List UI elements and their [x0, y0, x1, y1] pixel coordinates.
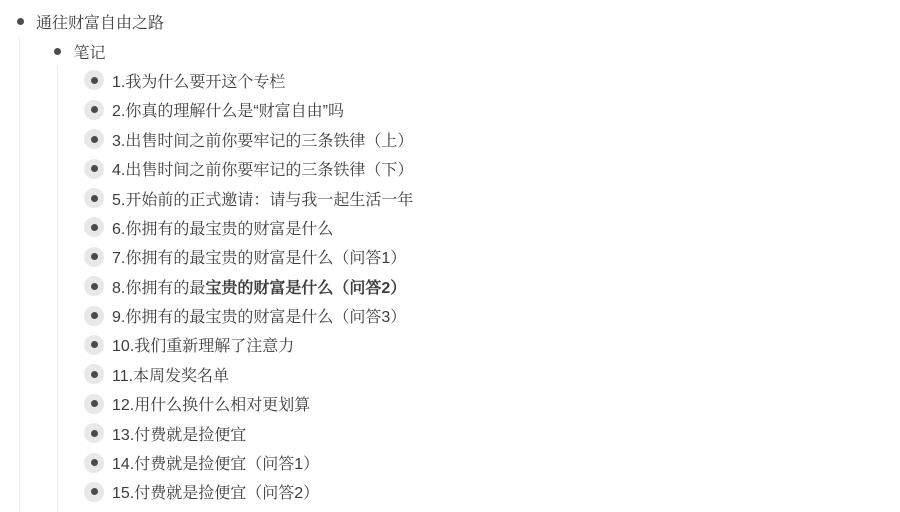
outline-item: 3.出售时间之前你要牢记的三条铁律（上） [58, 125, 900, 154]
collapsed-bullet-icon[interactable] [84, 188, 104, 208]
outline-row-root: 通往财富自由之路 [0, 7, 900, 36]
bullet-dot-icon [91, 283, 98, 290]
bullet-icon[interactable] [12, 18, 28, 25]
item-label[interactable]: 15.付费就是捡便宜（问答2） [112, 480, 319, 503]
item-label[interactable]: 10.我们重新理解了注意力 [112, 333, 294, 356]
outline-item: 8.你拥有的最宝贵的财富是什么（问答2） [58, 272, 900, 301]
bullet-dot-icon [91, 400, 98, 407]
item-text: 9.你拥有的最宝贵的财富是什么（问答3） [112, 309, 406, 326]
collapsed-bullet-icon[interactable] [84, 100, 104, 120]
item-text: 3.出售时间之前你要牢记的三条铁律（上） [112, 133, 413, 150]
bullet-dot-icon [54, 48, 61, 55]
outline-item: 9.你拥有的最宝贵的财富是什么（问答3） [58, 301, 900, 330]
collapsed-bullet-icon[interactable] [84, 129, 104, 149]
bullet-dot-icon [91, 136, 98, 143]
collapsed-bullet-icon[interactable] [84, 364, 104, 384]
item-text: 4.出售时间之前你要牢记的三条铁律（下） [112, 162, 413, 179]
item-label[interactable]: 9.你拥有的最宝贵的财富是什么（问答3） [112, 304, 406, 327]
outline-item: 11.本周发奖名单 [58, 360, 900, 389]
collapsed-bullet-icon[interactable] [84, 276, 104, 296]
collapsed-bullet-icon[interactable] [84, 306, 104, 326]
collapsed-bullet-icon[interactable] [84, 159, 104, 179]
outline-node-section: 笔记 1.我为什么要开这个专栏 2.你真的理解什么是“财富自由”吗 3.出售时间… [20, 36, 900, 512]
outline-item: 1.我为什么要开这个专栏 [58, 66, 900, 95]
item-label[interactable]: 2.你真的理解什么是“财富自由”吗 [112, 98, 344, 121]
outline-item: 13.付费就是捡便宜 [58, 418, 900, 447]
outline-item: 15.付费就是捡便宜（问答2） [58, 477, 900, 506]
bullet-dot-icon [91, 195, 98, 202]
bullet-dot-icon [17, 18, 24, 25]
bullet-dot-icon [91, 106, 98, 113]
item-text: 13.付费就是捡便宜 [112, 427, 246, 444]
outline-item: 7.你拥有的最宝贵的财富是什么（问答1） [58, 242, 900, 271]
outline-item: 14.付费就是捡便宜（问答1） [58, 448, 900, 477]
item-text: 2.你真的理解什么是“财富自由”吗 [112, 103, 344, 120]
item-label[interactable]: 14.付费就是捡便宜（问答1） [112, 451, 319, 474]
root-node-label[interactable]: 通往财富自由之路 [36, 10, 164, 33]
bullet-dot-icon [91, 459, 98, 466]
collapsed-bullet-icon[interactable] [84, 335, 104, 355]
item-text: 1.我为什么要开这个专栏 [112, 74, 285, 91]
item-text: 12.用什么换什么相对更划算 [112, 397, 310, 414]
item-text: 11.本周发奖名单 [112, 368, 229, 385]
section-children-guide: 1.我为什么要开这个专栏 2.你真的理解什么是“财富自由”吗 3.出售时间之前你… [57, 66, 900, 512]
collapsed-bullet-icon[interactable] [84, 482, 104, 502]
section-node-label[interactable]: 笔记 [74, 40, 106, 63]
bullet-dot-icon [91, 488, 98, 495]
outline-item: 5.开始前的正式邀请：请与我一起生活一年 [58, 183, 900, 212]
bullet-dot-icon [91, 77, 98, 84]
item-text: 7.你拥有的最宝贵的财富是什么（问答1） [112, 250, 406, 267]
outline-item: 6.你拥有的最宝贵的财富是什么 [58, 213, 900, 242]
collapsed-bullet-icon[interactable] [84, 217, 104, 237]
item-text: 8.你拥有的最 [112, 280, 205, 297]
outline-document: 通往财富自由之路 笔记 1.我为什么要开这个专栏 2.你真的理解什么是“财富自由… [0, 0, 900, 512]
collapsed-bullet-icon[interactable] [84, 247, 104, 267]
collapsed-bullet-icon[interactable] [84, 423, 104, 443]
item-label[interactable]: 12.用什么换什么相对更划算 [112, 392, 310, 415]
item-text: 14.付费就是捡便宜（问答1） [112, 456, 319, 473]
bullet-dot-icon [91, 371, 98, 378]
bullet-dot-icon [91, 224, 98, 231]
bullet-dot-icon [91, 312, 98, 319]
item-label[interactable]: 3.出售时间之前你要牢记的三条铁律（上） [112, 128, 413, 151]
item-label[interactable]: 4.出售时间之前你要牢记的三条铁律（下） [112, 157, 413, 180]
outline-node-root: 通往财富自由之路 笔记 1.我为什么要开这个专栏 2.你真的理解什么是“财富自由… [0, 7, 900, 512]
outline-row-section: 笔记 [20, 36, 900, 65]
collapsed-bullet-icon[interactable] [84, 70, 104, 90]
item-label[interactable]: 1.我为什么要开这个专栏 [112, 69, 285, 92]
item-text: 15.付费就是捡便宜（问答2） [112, 485, 319, 502]
items-container: 1.我为什么要开这个专栏 2.你真的理解什么是“财富自由”吗 3.出售时间之前你… [58, 66, 900, 507]
item-label[interactable]: 7.你拥有的最宝贵的财富是什么（问答1） [112, 245, 406, 268]
outline-item: 2.你真的理解什么是“财富自由”吗 [58, 95, 900, 124]
item-label[interactable]: 5.开始前的正式邀请：请与我一起生活一年 [112, 187, 413, 210]
bullet-icon[interactable] [50, 48, 66, 55]
bullet-dot-icon [91, 165, 98, 172]
item-label[interactable]: 13.付费就是捡便宜 [112, 422, 246, 445]
collapsed-bullet-icon[interactable] [84, 453, 104, 473]
item-label[interactable]: 11.本周发奖名单 [112, 363, 229, 386]
collapsed-bullet-icon[interactable] [84, 394, 104, 414]
item-text-bold: 宝贵的财富是什么（问答2） [205, 280, 406, 297]
bullet-dot-icon [91, 430, 98, 437]
outline-item: 12.用什么换什么相对更划算 [58, 389, 900, 418]
item-text: 5.开始前的正式邀请：请与我一起生活一年 [112, 192, 413, 209]
outline-item: 10.我们重新理解了注意力 [58, 330, 900, 359]
item-text: 6.你拥有的最宝贵的财富是什么 [112, 221, 333, 238]
bullet-dot-icon [91, 341, 98, 348]
bullet-dot-icon [91, 253, 98, 260]
item-label[interactable]: 8.你拥有的最宝贵的财富是什么（问答2） [112, 275, 406, 298]
item-label[interactable]: 6.你拥有的最宝贵的财富是什么 [112, 216, 333, 239]
item-text: 10.我们重新理解了注意力 [112, 338, 294, 355]
root-children-guide: 笔记 1.我为什么要开这个专栏 2.你真的理解什么是“财富自由”吗 3.出售时间… [19, 36, 900, 512]
outline-item: 4.出售时间之前你要牢记的三条铁律（下） [58, 154, 900, 183]
